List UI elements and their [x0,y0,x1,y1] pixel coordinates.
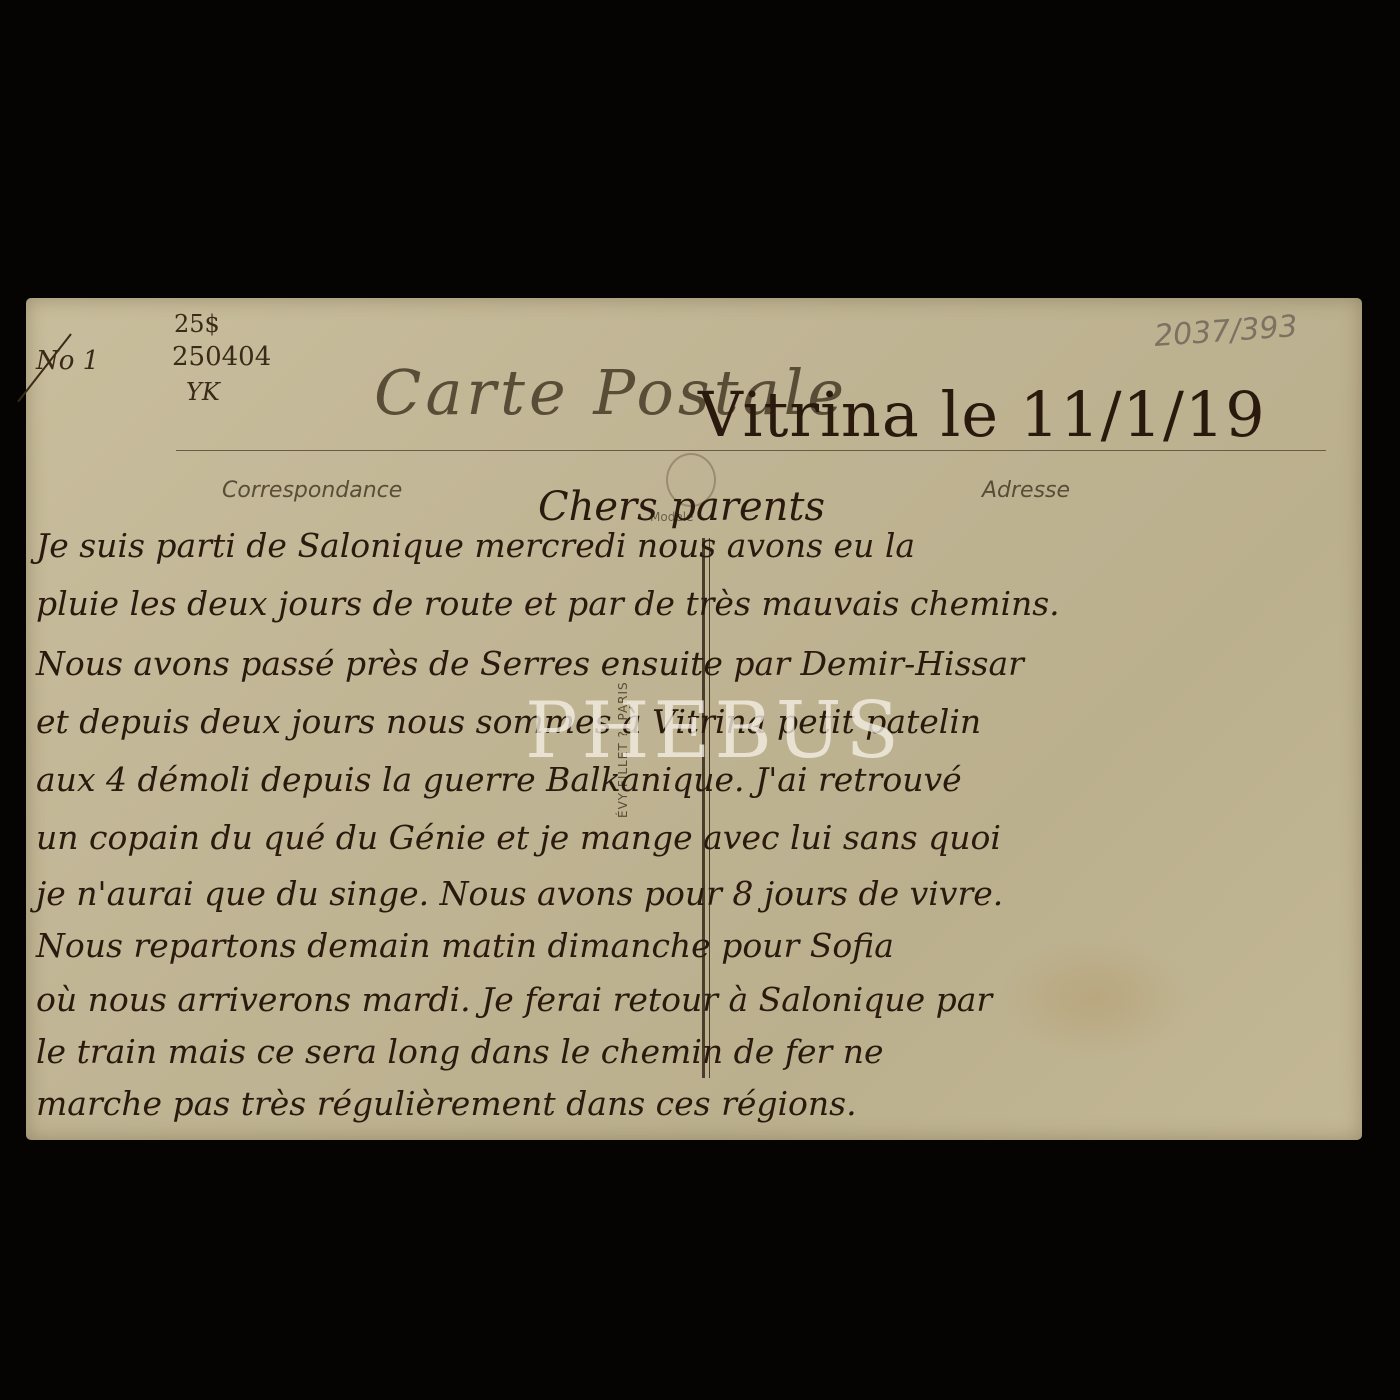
letter-line: Nous repartons demain matin dimanche pou… [36,926,894,965]
archive-number-mark: No 1 [36,346,99,376]
letter-line: un copain du qué du Génie et je mange av… [36,818,1001,857]
letter-line: pluie les deux jours de route et par de … [36,584,1060,623]
letter-line: où nous arriverons mardi. Je ferai retou… [36,980,992,1019]
letter-line: je n'aurai que du singe. Nous avons pour… [36,874,1003,913]
inventory-number-mark: 2037/393 [1153,309,1299,354]
letter-line: le train mais ce sera long dans le chemi… [36,1032,884,1071]
code-mark: 250404 [172,342,271,372]
initials-mark: YK [186,378,220,406]
price-mark: 25$ [174,310,220,338]
adresse-label: Adresse [982,478,1070,503]
phebus-watermark: PHEBUS [525,686,903,776]
place-date: Vitrina le 11/1/19 [698,378,1266,451]
correspondance-label: Correspondance [222,478,402,503]
letter-line: Je suis parti de Salonique mercredi nous… [36,526,915,565]
letter-line: marche pas très régulièrement dans ces r… [36,1084,857,1123]
greeting: Chers parents [538,484,825,530]
postcard-back: No 1 25$ 250404 YK 2037/393 Carte Postal… [26,298,1362,1140]
letter-line: Nous avons passé près de Serres ensuite … [36,644,1024,683]
